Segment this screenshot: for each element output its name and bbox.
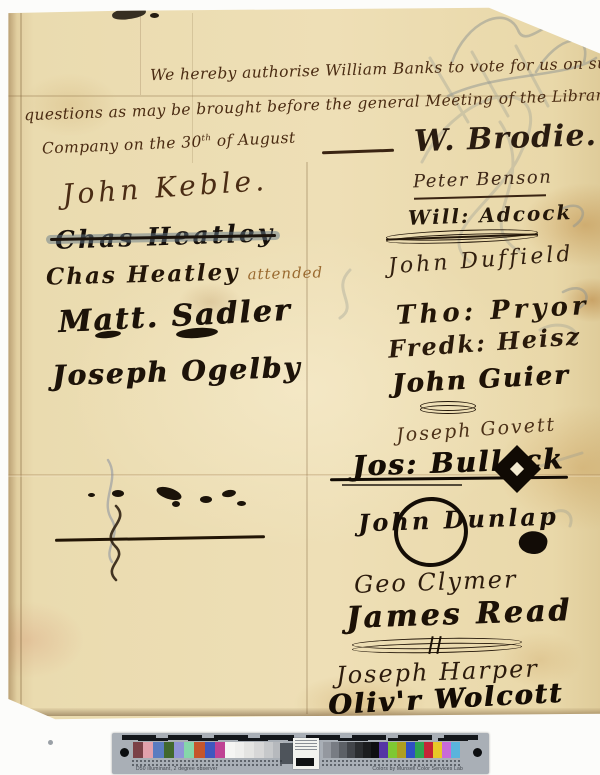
color-patches-right	[379, 742, 460, 758]
signature-john-keble: John Keble.	[61, 167, 269, 209]
signature-joseph-ogelby: Joseph Ogelby	[52, 354, 302, 391]
paper-left-edge-shadow	[8, 12, 17, 714]
body-text-line-2: questions as may be brought before the g…	[24, 88, 600, 124]
signature-will-adcock: Will: Adcock	[408, 202, 573, 228]
annotation-attended: attended	[247, 263, 323, 283]
ink-spot	[112, 490, 124, 497]
signature-geo-clymer: Geo Clymer	[354, 567, 518, 597]
vertical-crease-top-a	[140, 13, 141, 95]
signature-chas-heatley: Chas Heatleyattended	[46, 258, 324, 288]
scribbled-out-mark	[386, 227, 538, 246]
ink-spot	[200, 496, 212, 503]
ink-blot	[111, 6, 146, 22]
tick-row	[322, 760, 462, 762]
registration-dot-right	[473, 748, 482, 757]
gray-patches-light	[225, 742, 283, 758]
ink-blot	[150, 13, 159, 18]
ink-spot	[172, 501, 180, 507]
body-text-line-3: Company on the 30th of August	[42, 130, 296, 157]
signature-w-brodie: W. Brodie.	[414, 121, 598, 157]
manuscript-paper: We hereby authorise William Banks to vot…	[0, 0, 600, 775]
flourish-scribble	[420, 401, 476, 414]
gray-patches-dark	[323, 742, 379, 758]
flourish-scribble	[352, 637, 522, 656]
registration-dot-left	[120, 748, 129, 757]
color-patches-left	[133, 742, 225, 758]
vertical-crease-left	[20, 13, 22, 705]
center-label-card	[293, 738, 319, 769]
ink-blot	[517, 528, 550, 557]
flourish-line-2	[342, 484, 462, 486]
color-calibration-bar: D50 illuminant, 2 degree observer Colors…	[112, 733, 489, 774]
signature-john-duffield: John Duffield	[387, 244, 574, 279]
signature-matt-sadler: Matt. Sadler	[57, 296, 292, 338]
calibration-label-right: Colors by Munsell Color Services Lab	[372, 766, 463, 772]
stray-horizontal-stroke	[55, 535, 265, 541]
ink-spot	[221, 489, 236, 498]
scanned-document: We hereby authorise William Banks to vot…	[0, 0, 600, 775]
vertical-crease-center	[306, 162, 308, 714]
calibration-label-left: D50 illuminant, 2 degree observer	[136, 766, 218, 772]
tick-row	[132, 760, 282, 762]
signature-james-read: James Read	[346, 596, 573, 634]
ink-spot	[88, 493, 95, 497]
signature-joseph-govett: Joseph Govett	[396, 415, 557, 445]
signature-peter-benson: Peter Benson	[413, 169, 553, 192]
underline-flourish	[414, 194, 546, 199]
flourish-dash	[322, 149, 394, 154]
ink-spot	[237, 501, 246, 506]
body-text-line-1: We hereby authorise William Banks to vot…	[150, 56, 600, 84]
scanner-speck	[48, 740, 53, 745]
ink-spot	[155, 484, 183, 502]
signature-john-guier: John Guier	[391, 362, 570, 397]
